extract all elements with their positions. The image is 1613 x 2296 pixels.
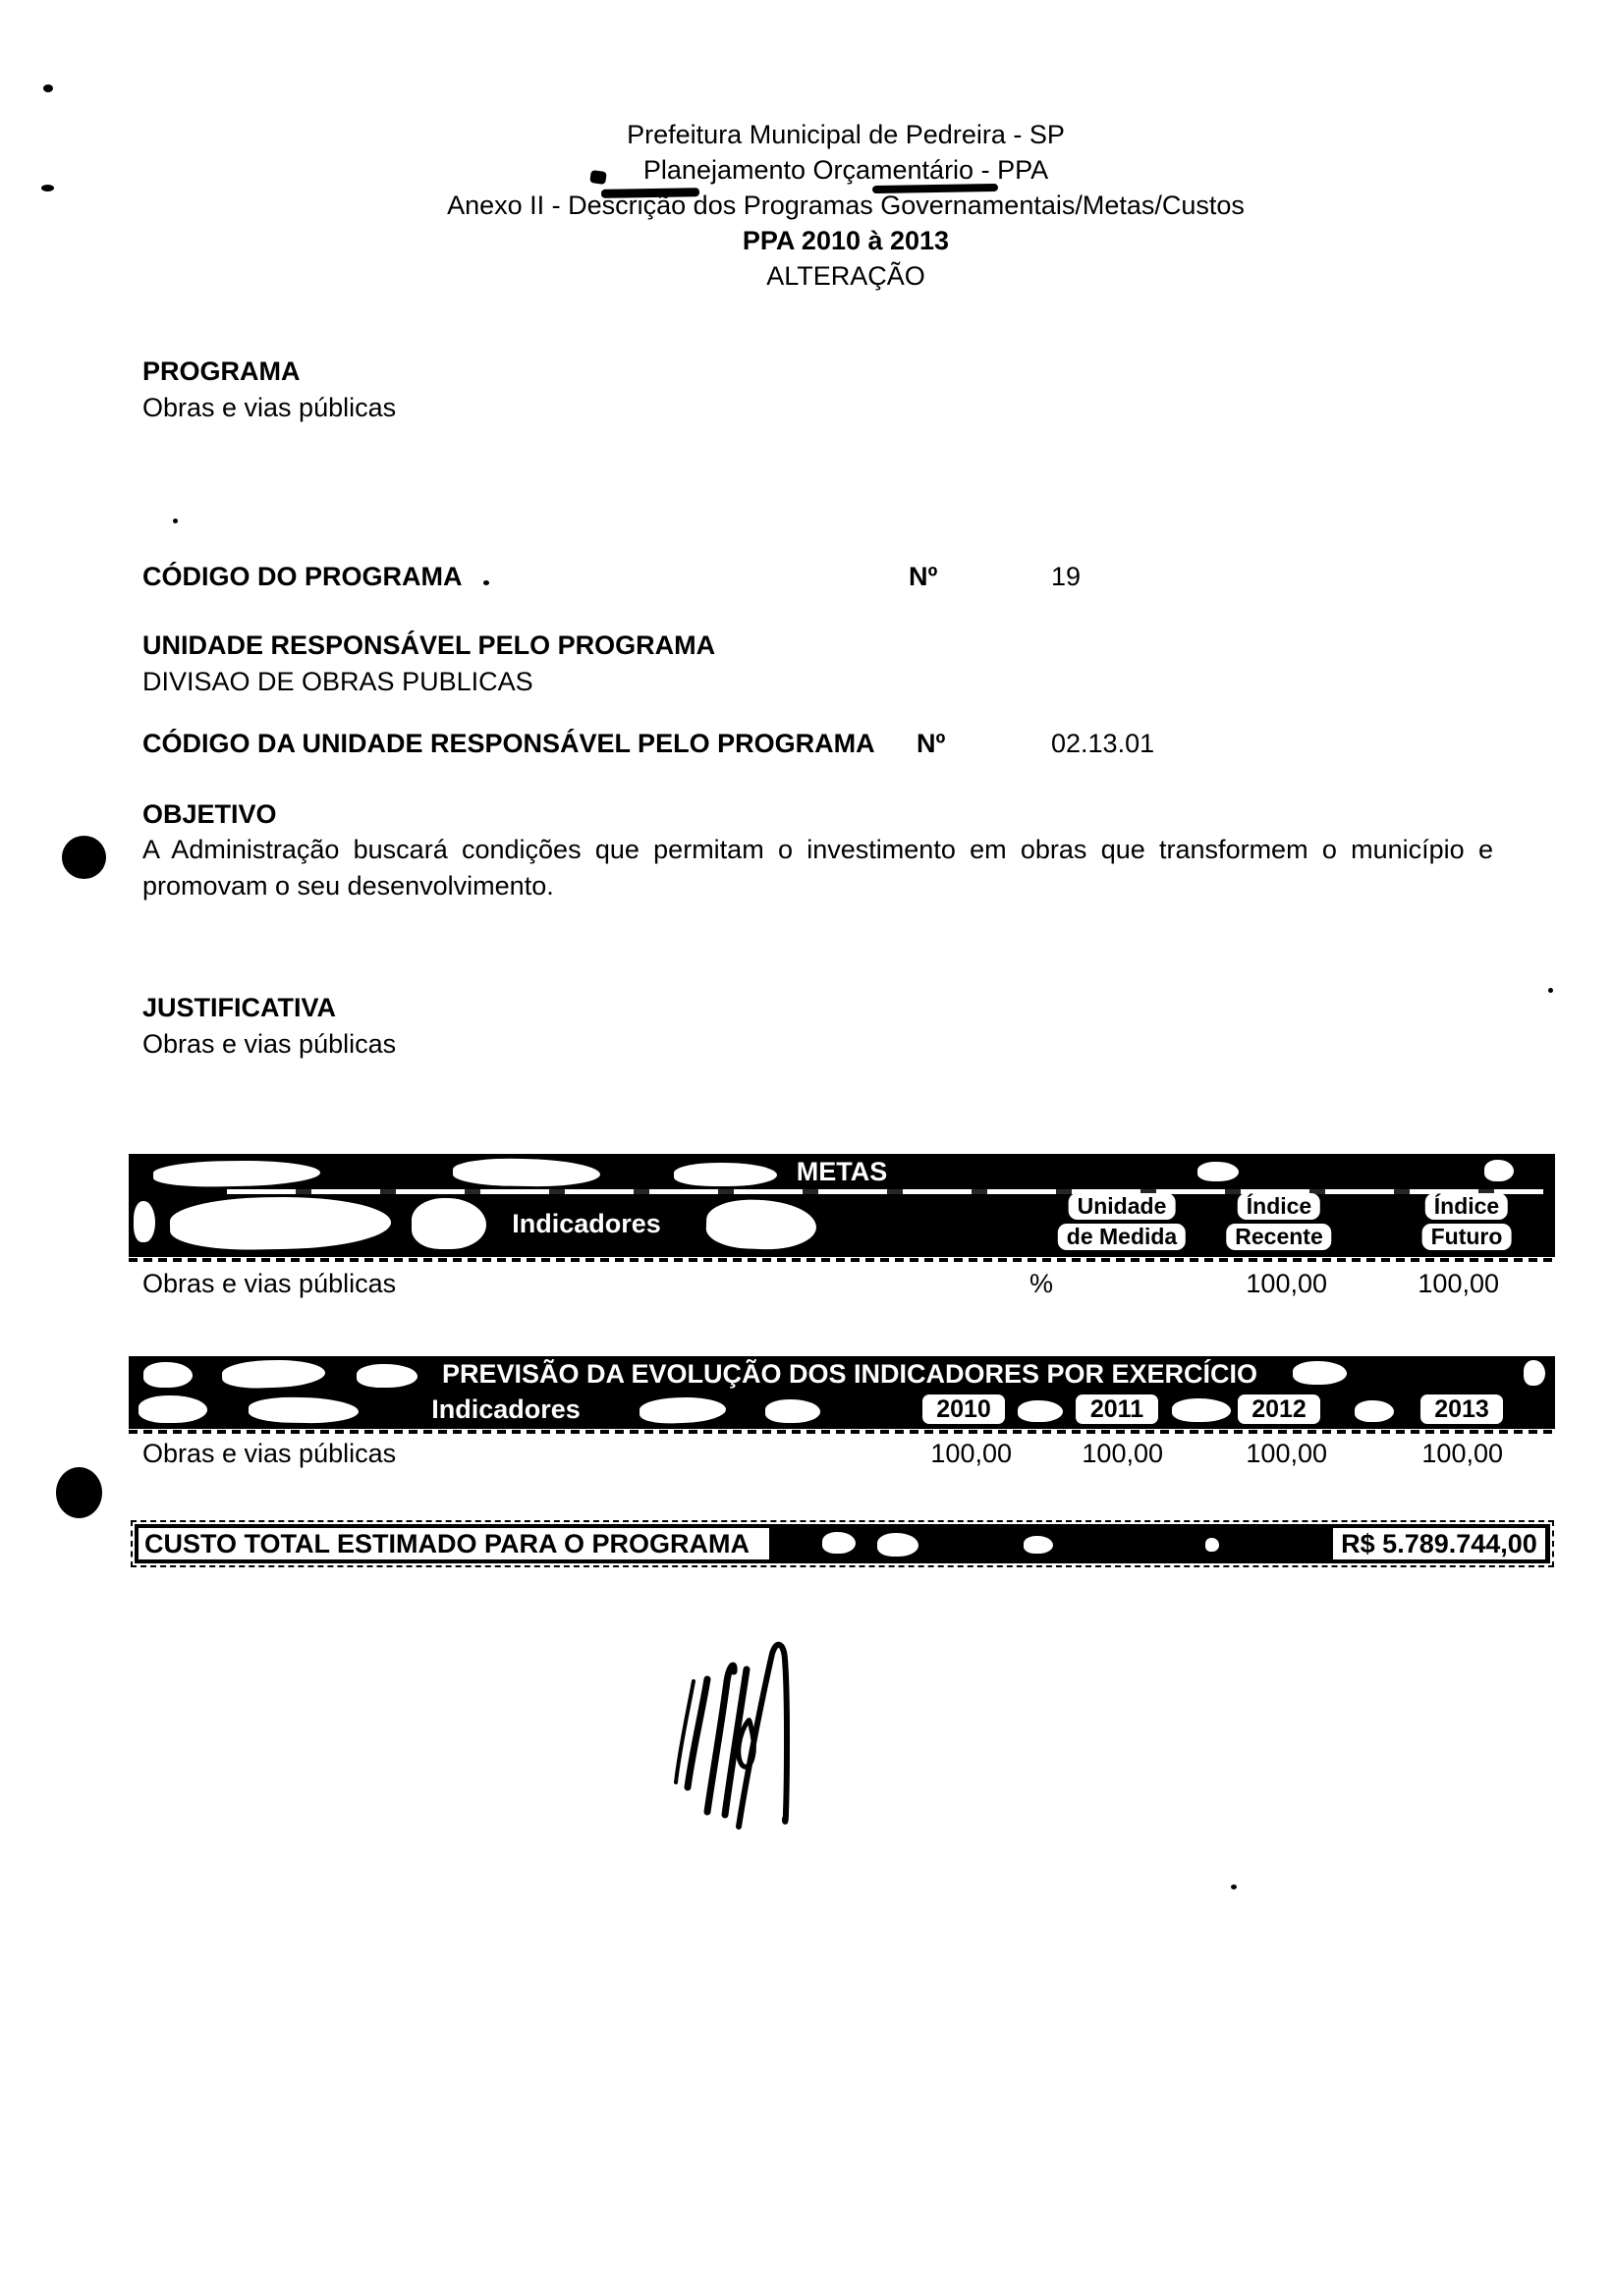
scan-artifact — [1293, 1361, 1347, 1385]
previsao-col-year-2013: 2013 — [1420, 1394, 1503, 1424]
scan-artifact — [153, 1160, 320, 1188]
scan-artifact — [1355, 1400, 1394, 1422]
scan-artifact — [1205, 1538, 1219, 1552]
scan-artifact — [139, 1395, 207, 1423]
scan-artifact — [1197, 1162, 1239, 1181]
scan-artifact — [705, 1198, 817, 1251]
justificativa-label: JUSTIFICATIVA — [142, 991, 336, 1024]
objetivo-label: OBJETIVO — [142, 797, 277, 831]
previsao-row-value-2010: 100,00 — [904, 1437, 1012, 1470]
metas-row-unidade: % — [1029, 1267, 1053, 1300]
scan-smudge — [589, 170, 607, 185]
scan-artifact — [249, 1396, 359, 1424]
metas-col-unidade-medida-line2: de Medida — [1058, 1224, 1186, 1250]
scan-speck — [43, 84, 53, 92]
scan-artifact — [357, 1364, 417, 1388]
codigo-programa-label: CÓDIGO DO PROGRAMA — [142, 560, 463, 593]
custo-total-label: CUSTO TOTAL ESTIMADO PARA O PROGRAMA — [139, 1527, 750, 1560]
scan-artifact — [412, 1198, 486, 1249]
codigo-unidade-value: 02.13.01 — [1051, 727, 1154, 760]
scan-smudge — [601, 188, 699, 198]
metas-col-indice-futuro-line1: Índice — [1425, 1193, 1508, 1220]
previsao-table-header: PREVISÃO DA EVOLUÇÃO DOS INDICADORES POR… — [129, 1356, 1555, 1429]
scan-speck — [1231, 1885, 1237, 1889]
hole-punch-mark — [56, 1467, 102, 1518]
unidade-responsavel-label: UNIDADE RESPONSÁVEL PELO PROGRAMA — [142, 629, 715, 662]
scan-speck — [483, 580, 489, 585]
scan-artifact — [1524, 1360, 1545, 1386]
scan-artifact — [1484, 1160, 1514, 1181]
custo-total-value-box: R$ 5.789.744,00 — [1333, 1528, 1545, 1559]
custo-total-label-box: CUSTO TOTAL ESTIMADO PARA O PROGRAMA — [139, 1528, 769, 1559]
scan-artifact — [170, 1195, 392, 1251]
scan-speck — [173, 519, 178, 523]
previsao-col-indicadores: Indicadores — [431, 1394, 581, 1425]
scan-artifact — [822, 1532, 856, 1554]
codigo-programa-numero-symbol: Nº — [909, 560, 937, 593]
scan-artifact — [877, 1533, 918, 1557]
scan-artifact — [1172, 1398, 1231, 1422]
previsao-col-year-2011: 2011 — [1076, 1394, 1158, 1424]
previsao-row-value-2012: 100,00 — [1219, 1437, 1327, 1470]
codigo-unidade-numero-symbol: Nº — [917, 727, 945, 760]
scan-artifact — [222, 1358, 326, 1390]
header-org-line: Prefeitura Municipal de Pedreira - SP — [627, 118, 1065, 151]
scan-artifact — [143, 1362, 193, 1388]
scan-speck — [1548, 988, 1553, 993]
custo-total-bar: CUSTO TOTAL ESTIMADO PARA O PROGRAMA R$ … — [135, 1524, 1550, 1563]
metas-col-indice-futuro-line2: Futuro — [1422, 1224, 1512, 1250]
header-alteracao: ALTERAÇÃO — [766, 259, 925, 293]
header-annex-line: Anexo II - Descrição dos Programas Gover… — [447, 189, 1245, 222]
scan-artifact — [227, 1189, 1543, 1194]
signature — [666, 1638, 813, 1844]
codigo-programa-value: 19 — [1051, 560, 1081, 593]
scan-artifact — [1018, 1400, 1063, 1422]
scan-artifact — [129, 1430, 1555, 1434]
document-page: Prefeitura Municipal de Pedreira - SP Pl… — [0, 0, 1613, 2296]
metas-col-indice-recente-line2: Recente — [1226, 1224, 1331, 1250]
metas-table-header: METAS Indicadores Unidade de Medida Índi… — [129, 1154, 1555, 1257]
previsao-col-year-2012: 2012 — [1238, 1394, 1320, 1424]
previsao-row-indicador: Obras e vias públicas — [142, 1437, 396, 1470]
scan-artifact — [129, 1258, 1555, 1262]
scan-artifact — [765, 1399, 820, 1423]
metas-row-indicador: Obras e vias públicas — [142, 1267, 396, 1300]
metas-row-indice-recente: 100,00 — [1223, 1267, 1327, 1300]
metas-col-indicadores: Indicadores — [512, 1208, 661, 1239]
metas-table-title: METAS — [797, 1156, 888, 1187]
programa-label: PROGRAMA — [142, 355, 301, 388]
previsao-row-value-2011: 100,00 — [1055, 1437, 1163, 1470]
scan-speck — [41, 185, 54, 191]
objetivo-text: A Administração buscará condições que pe… — [142, 832, 1493, 904]
header-ppa-period: PPA 2010 à 2013 — [743, 224, 949, 257]
scan-artifact — [640, 1395, 727, 1424]
header-subtitle-line: Planejamento Orçamentário - PPA — [643, 153, 1048, 187]
codigo-unidade-label: CÓDIGO DA UNIDADE RESPONSÁVEL PELO PROGR… — [142, 727, 875, 760]
justificativa-value: Obras e vias públicas — [142, 1027, 396, 1061]
unidade-responsavel-value: DIVISAO DE OBRAS PUBLICAS — [142, 665, 533, 698]
scan-artifact — [674, 1163, 777, 1186]
previsao-table-title: PREVISÃO DA EVOLUÇÃO DOS INDICADORES POR… — [442, 1358, 1257, 1390]
previsao-row-value-2013: 100,00 — [1395, 1437, 1503, 1470]
metas-col-indice-recente-line1: Índice — [1238, 1193, 1320, 1220]
metas-col-unidade-medida-line1: Unidade — [1069, 1193, 1176, 1220]
metas-row-indice-futuro: 100,00 — [1395, 1267, 1499, 1300]
programa-value: Obras e vias públicas — [142, 391, 396, 424]
custo-total-value: R$ 5.789.744,00 — [1341, 1527, 1537, 1560]
scan-artifact — [134, 1201, 155, 1242]
scan-artifact — [453, 1158, 600, 1188]
hole-punch-mark — [62, 836, 106, 879]
scan-artifact — [1024, 1536, 1053, 1554]
previsao-col-year-2010: 2010 — [922, 1394, 1005, 1424]
